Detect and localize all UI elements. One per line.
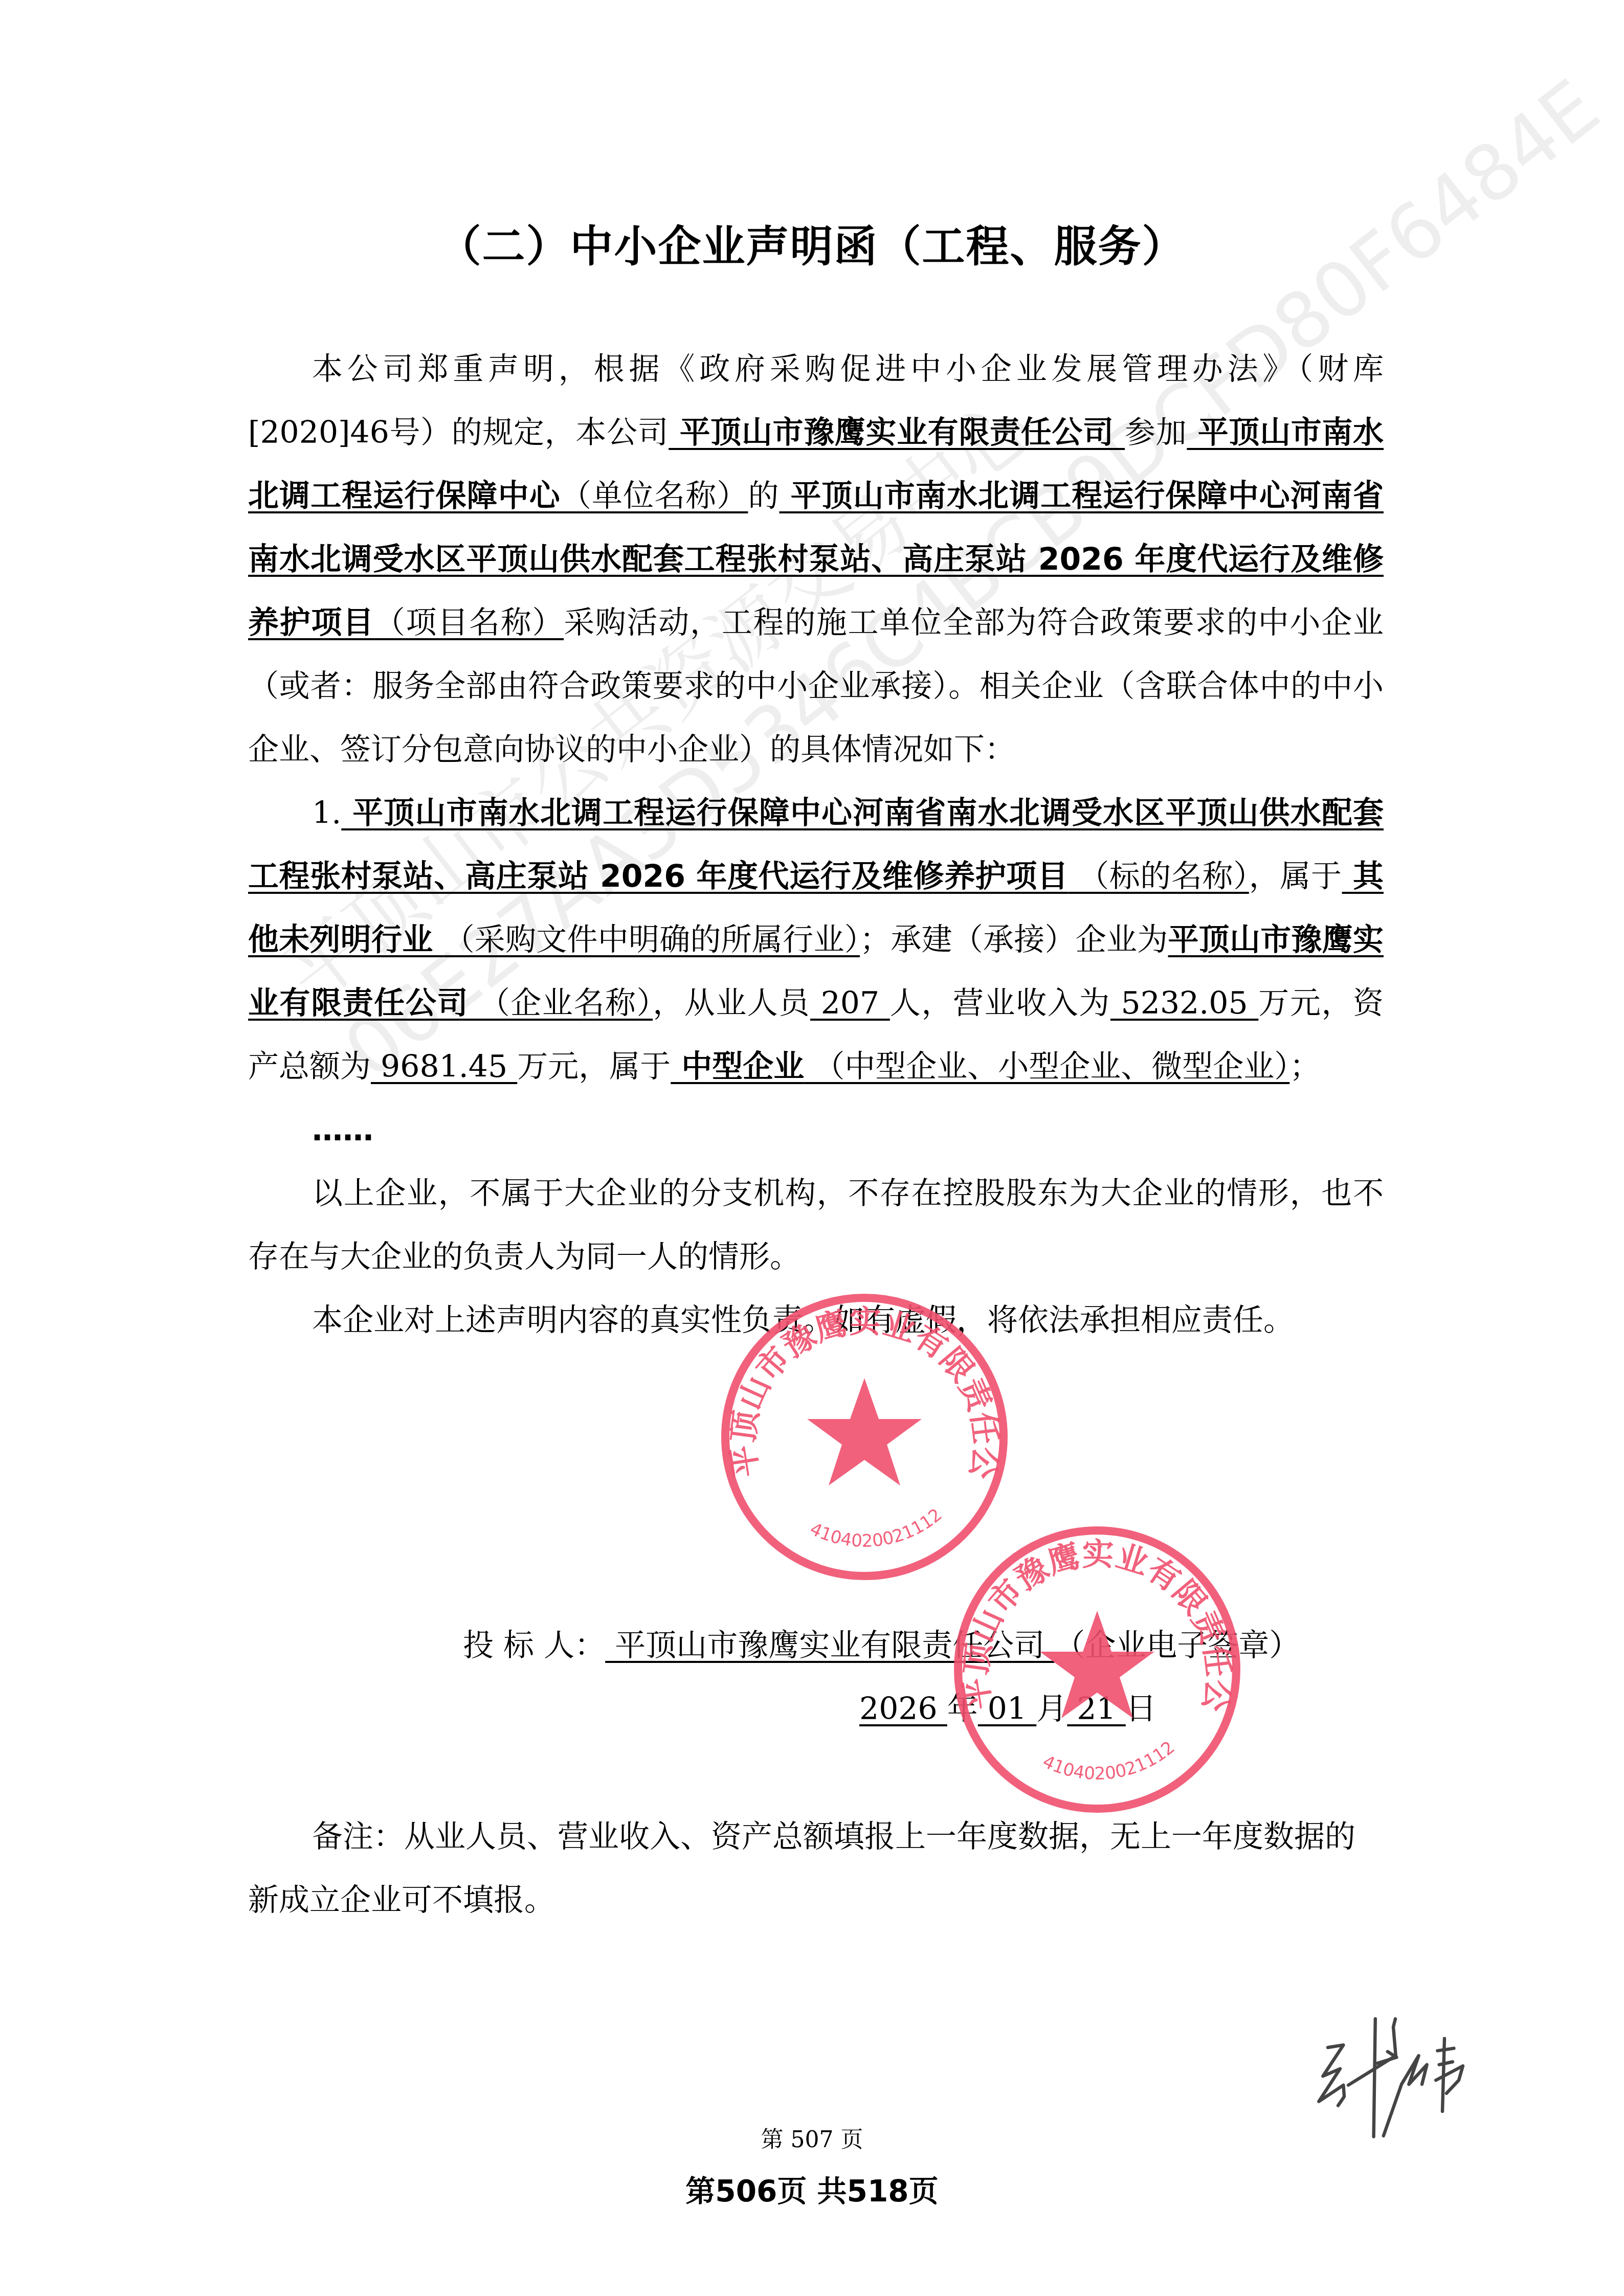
lot-hint: （标的名称） <box>1069 859 1249 894</box>
year-label: 年 <box>947 1691 978 1727</box>
outer-page-number: 第506页 共518页 <box>0 2167 1624 2210</box>
date-day: 21 <box>1067 1691 1126 1727</box>
month-label: 月 <box>1036 1691 1067 1727</box>
item-text: ；承建（承接）企业为 <box>860 922 1168 958</box>
project-hint: （项目名称） <box>374 605 564 641</box>
item-text: ，从业人员 <box>653 985 810 1021</box>
bidder-hint: （企业电子签章） <box>1054 1628 1300 1663</box>
intro-text: 参加 <box>1125 415 1187 451</box>
svg-text:4104020021112: 4104020021112 <box>1039 1737 1178 1784</box>
page-title: （二）中小企业声明函（工程、服务） <box>0 212 1624 274</box>
item-text: ，属于 <box>1249 859 1342 894</box>
document-page: 平顶山市公共资源交易中心 06E27AA3D5346C4BCB9DCFD80F6… <box>0 0 1624 2296</box>
bidder-label: 投 标 人： <box>463 1628 605 1663</box>
bidder-line: 投 标 人： 平顶山市豫鹰实业有限责任公司 （企业电子签章） <box>463 1621 1300 1665</box>
industry-hint: （采购文件中明确的所属行业） <box>444 922 860 958</box>
assets-value: 9681.45 <box>371 1049 517 1085</box>
intro-paragraph: 本公司郑重声明，根据《政府采购促进中小企业发展管理办法》（财库[2020]46号… <box>248 337 1384 781</box>
enterprise-hint: （企业名称） <box>469 985 653 1021</box>
date-line: 2026 年 01 月 21 日 <box>859 1684 1156 1728</box>
svg-text:4104020021112: 4104020021112 <box>807 1504 946 1551</box>
revenue-value: 5232.05 <box>1110 985 1258 1021</box>
item-text: ； <box>1289 1049 1320 1085</box>
date-year: 2026 <box>859 1691 947 1727</box>
employee-count: 207 <box>810 985 890 1021</box>
size-hint: （中型企业、小型企业、微型企业） <box>804 1049 1289 1085</box>
paragraph-not-large-enterprise: 以上企业，不属于大企业的分支机构，不存在控股股东为大企业的情形，也不存在与大企业… <box>248 1162 1384 1289</box>
item-1: 1. 平顶山市南水北调工程运行保障中心河南省南水北调受水区平顶山供水配套工程张村… <box>248 781 1384 1098</box>
item-text: 万元，属于 <box>517 1049 671 1085</box>
bidder-name: 平顶山市豫鹰实业有限责任公司 <box>605 1628 1054 1663</box>
item-text: 人，营业收入为 <box>890 985 1110 1021</box>
item-number: 1. <box>312 795 341 831</box>
remark: 备注：从业人员、营业收入、资产总额填报上一年度数据，无上一年度数据的新成立企业可… <box>248 1805 1384 1932</box>
company-name: 平顶山市豫鹰实业有限责任公司 <box>669 415 1125 451</box>
declaration-body: 本公司郑重声明，根据《政府采购促进中小企业发展管理办法》（财库[2020]46号… <box>248 337 1384 1352</box>
intro-text: 的 <box>748 478 779 514</box>
unit-hint: （单位名称） <box>561 478 748 514</box>
paragraph-responsibility: 本企业对上述声明内容的真实性负责。如有虚假，将依法承担相应责任。 <box>248 1289 1384 1352</box>
date-month: 01 <box>978 1691 1037 1727</box>
inner-page-number: 第 507 页 <box>0 2121 1624 2154</box>
electronic-seal-icon: 平顶山市豫鹰实业有限责任公司 4104020021112 <box>949 1521 1245 1818</box>
ellipsis: …… <box>248 1098 1384 1162</box>
day-label: 日 <box>1126 1691 1156 1727</box>
enterprise-size: 中型企业 <box>671 1049 804 1085</box>
